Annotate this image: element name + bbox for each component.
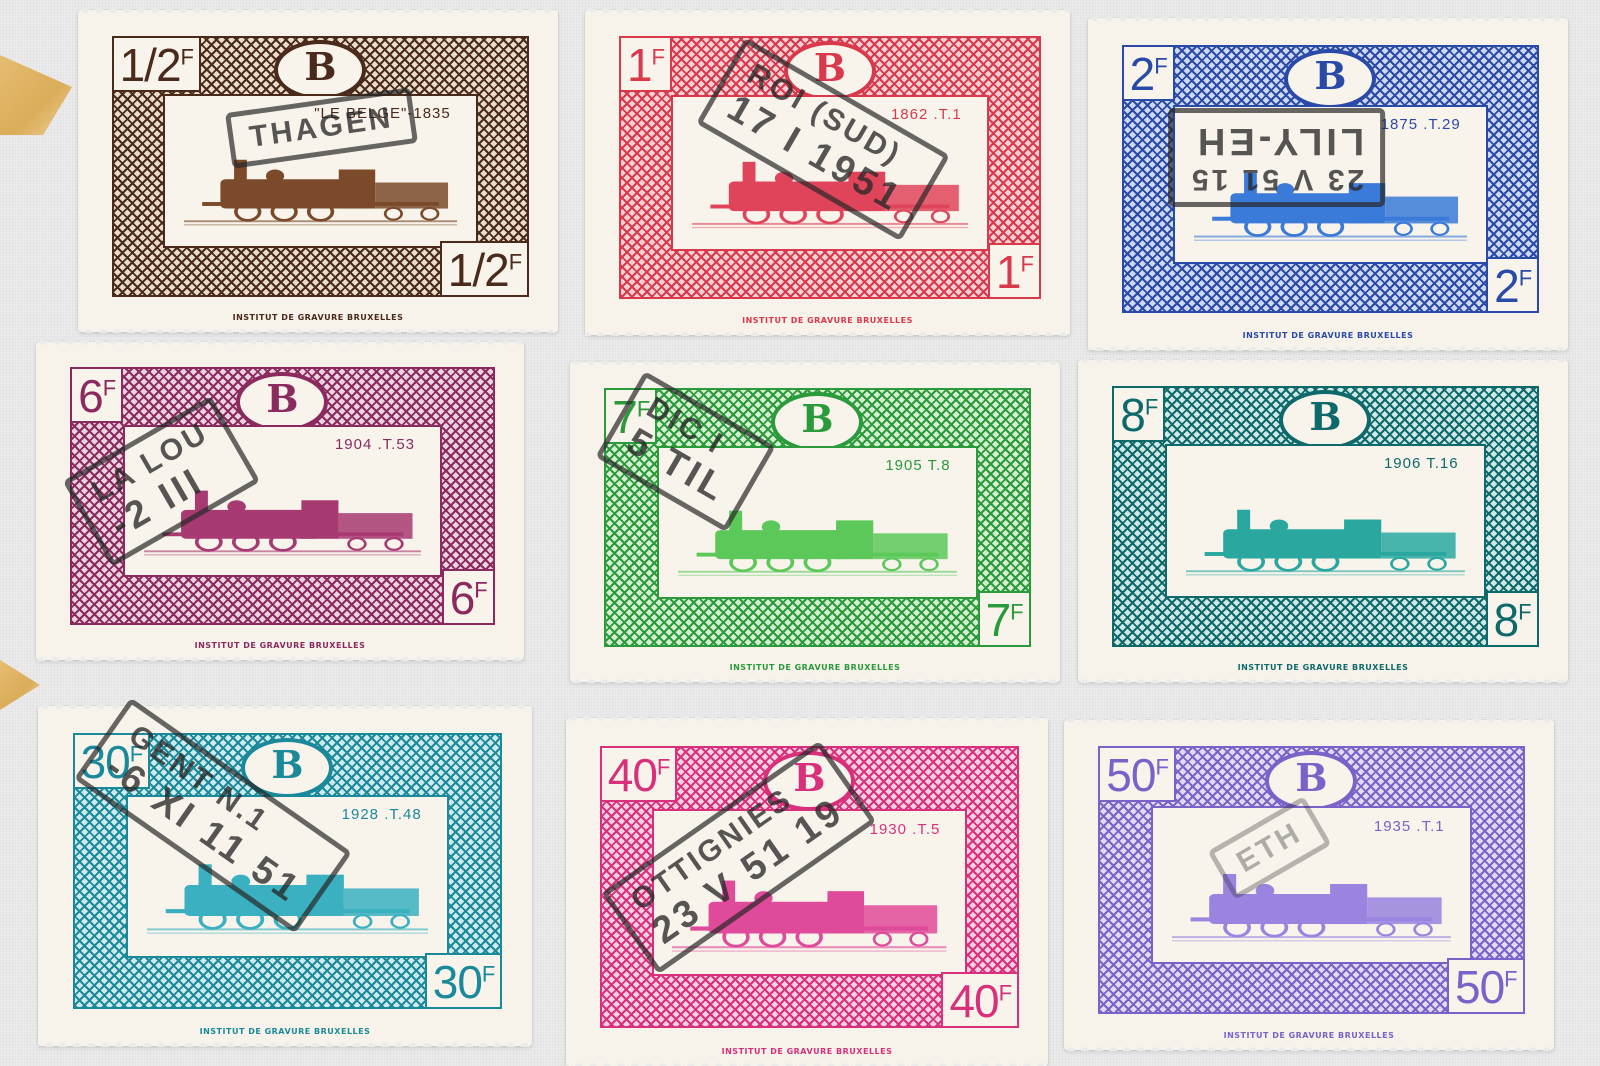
stamp-caption: 1906 T.16 (1384, 455, 1459, 472)
stamp: B 1935 .T.1 50F 50F INSTITUT DE GRAVURE … (1064, 720, 1554, 1050)
sncb-b-logo-icon: B (1279, 390, 1371, 450)
stamp-imprint: INSTITUT DE GRAVURE BRUXELLES (1064, 1031, 1554, 1040)
stamp-caption: 1904 .T.53 (335, 436, 415, 453)
stamp-frame: B 1904 .T.53 6F 6F (70, 367, 495, 625)
sncb-b-logo-icon: B (274, 40, 366, 100)
stamp-value-bottom: 40F (941, 972, 1019, 1028)
stamp: B 1905 T.8 7F 7F INSTITUT DE GRAVURE BRU… (570, 362, 1060, 682)
locomotive-icon (692, 152, 968, 231)
locomotive-icon (144, 481, 422, 558)
stamp-value-top: 30F (73, 733, 151, 789)
stamp: B 1875 .T.29 2F 2F INSTITUT DE GRAVURE B… (1088, 18, 1568, 350)
stamp-imprint: INSTITUT DE GRAVURE BRUXELLES (38, 1027, 532, 1036)
locomotive-icon (1172, 864, 1451, 944)
stamp-value-top: 1/2F (112, 36, 201, 92)
stamp-vignette: 1904 .T.53 (123, 425, 443, 577)
stamp-value-top: 8F (1112, 386, 1165, 442)
stamp-frame: B 1930 .T.5 40F 40F (600, 746, 1019, 1028)
stamp-vignette: 1906 T.16 (1165, 444, 1486, 598)
stamp-value-top: 7F (604, 388, 657, 444)
stamp-imprint: INSTITUT DE GRAVURE BRUXELLES (78, 313, 558, 322)
stamp-value-top: 50F (1098, 746, 1176, 802)
stamp-hinge (0, 55, 72, 135)
stamp-caption: "LE BELGE"-1835 (314, 105, 451, 122)
stamp-caption: 1875 .T.29 (1381, 116, 1461, 133)
sncb-b-logo-icon: B (784, 41, 876, 101)
stamp-imprint: INSTITUT DE GRAVURE BRUXELLES (36, 641, 524, 650)
stamp-caption: 1905 T.8 (885, 457, 950, 474)
stamp-frame: B 1935 .T.1 50F 50F (1098, 746, 1524, 1013)
stamp-value-top: 40F (600, 746, 678, 802)
stamp-value-bottom: 1/2F (440, 241, 529, 297)
stamp-frame: B "LE BELGE"-1835 1/2F 1/2F (112, 36, 530, 297)
stamp: B 1904 .T.53 6F 6F INSTITUT DE GRAVURE B… (36, 342, 524, 660)
stamp-vignette: 1930 .T.5 (652, 809, 968, 976)
stamp-value-top: 6F (70, 367, 123, 423)
stamp-imprint: INSTITUT DE GRAVURE BRUXELLES (1088, 331, 1568, 340)
stamp-frame: B 1906 T.16 8F 8F (1112, 386, 1538, 647)
stamp-caption: 1935 .T.1 (1374, 818, 1445, 835)
sncb-b-logo-icon: B (763, 751, 855, 811)
locomotive-icon (672, 870, 946, 955)
stamp-frame: B 1875 .T.29 2F 2F (1122, 45, 1540, 314)
stamp-imprint: INSTITUT DE GRAVURE BRUXELLES (570, 663, 1060, 672)
stamp-value-bottom: 7F (978, 591, 1031, 647)
stamp-frame: B 1928 .T.48 30F 30F (73, 733, 503, 1008)
stamp-vignette: 1928 .T.48 (126, 795, 450, 958)
locomotive-icon (678, 501, 957, 579)
stamp-value-bottom: 50F (1447, 958, 1525, 1014)
stamp-vignette: "LE BELGE"-1835 (163, 94, 477, 248)
stamp-imprint: INSTITUT DE GRAVURE BRUXELLES (585, 316, 1070, 325)
stamp: B 1906 T.16 8F 8F INSTITUT DE GRAVURE BR… (1078, 360, 1568, 682)
locomotive-icon (184, 150, 457, 228)
stamp: B 1930 .T.5 40F 40F INSTITUT DE GRAVURE … (566, 718, 1048, 1066)
stamp: B 1862 .T.1 1F 1F INSTITUT DE GRAVURE BR… (585, 10, 1070, 335)
stamp-caption: 1862 .T.1 (891, 106, 962, 123)
sncb-b-logo-icon: B (241, 738, 333, 798)
stamp-value-bottom: 2F (1486, 257, 1539, 313)
stamp-value-top: 2F (1122, 45, 1175, 101)
sncb-b-logo-icon: B (1284, 49, 1376, 109)
stamp: B 1928 .T.48 30F 30F INSTITUT DE GRAVURE… (38, 706, 532, 1046)
stamp-value-bottom: 6F (442, 569, 495, 625)
sncb-b-logo-icon: B (236, 372, 328, 432)
sncb-b-logo-icon: B (771, 392, 863, 452)
stamp-vignette: 1862 .T.1 (671, 95, 989, 251)
stamp-hinge (0, 660, 40, 710)
stamp-value-bottom: 30F (425, 953, 503, 1009)
stamp-value-bottom: 8F (1486, 591, 1539, 647)
stamp-imprint: INSTITUT DE GRAVURE BRUXELLES (566, 1047, 1048, 1056)
locomotive-icon (1194, 163, 1467, 244)
stamp-caption: 1930 .T.5 (870, 821, 941, 838)
stamp-vignette: 1905 T.8 (657, 446, 978, 599)
locomotive-icon (1186, 500, 1465, 578)
stamp: B "LE BELGE"-1835 1/2F 1/2F INSTITUT DE … (78, 10, 558, 332)
sncb-b-logo-icon: B (1265, 751, 1357, 811)
stamp-value-top: 1F (619, 36, 672, 92)
stamp-vignette: 1935 .T.1 (1151, 806, 1472, 964)
locomotive-icon (147, 854, 428, 937)
stamp-value-bottom: 1F (988, 243, 1041, 299)
stamp-frame: B 1862 .T.1 1F 1F (619, 36, 1041, 299)
stamp-imprint: INSTITUT DE GRAVURE BRUXELLES (1078, 663, 1568, 672)
stamp-vignette: 1875 .T.29 (1173, 105, 1487, 264)
stamp-caption: 1928 .T.48 (342, 806, 422, 823)
stamp-frame: B 1905 T.8 7F 7F (604, 388, 1030, 647)
